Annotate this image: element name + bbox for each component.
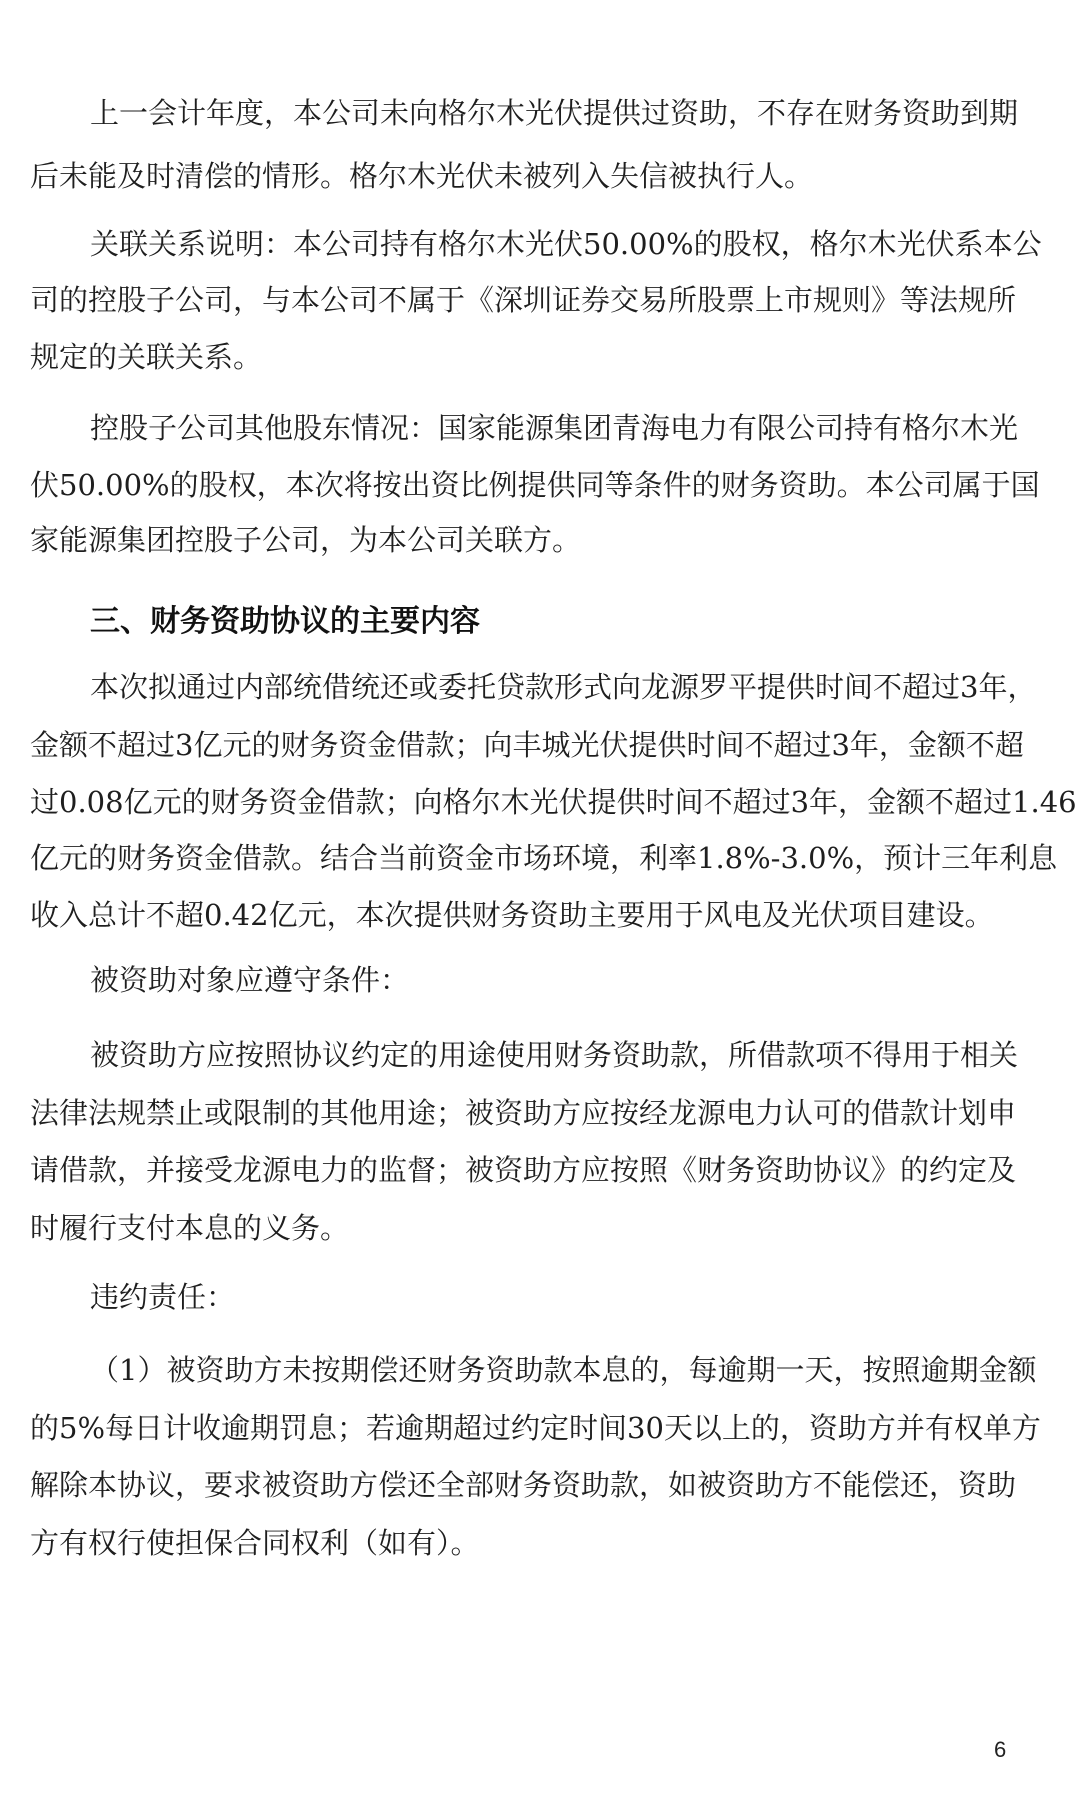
text-line: 本次拟通过内部统借统还或委托贷款形式向龙源罗平提供时间不超过3年，	[90, 669, 1010, 705]
text-line: 金额不超过3亿元的财务资金借款；向丰城光伏提供时间不超过3年，金额不超	[30, 727, 1010, 763]
text-line: 伏50.00%的股权，本次将按出资比例提供同等条件的财务资助。本公司属于国	[30, 467, 1010, 503]
text-line: 过0.08亿元的财务资金借款；向格尔木光伏提供时间不超过3年，金额不超过1.46	[30, 784, 1010, 820]
text-line: 请借款，并接受龙源电力的监督；被资助方应按照《财务资助协议》的约定及	[30, 1152, 1010, 1188]
text-line: 家能源集团控股子公司，为本公司关联方。	[30, 522, 1010, 558]
text-line: 被资助方应按照协议约定的用途使用财务资助款，所借款项不得用于相关	[90, 1037, 1010, 1073]
page-number: 6	[994, 1736, 1006, 1764]
text-line: 方有权行使担保合同权利（如有）。	[30, 1525, 1010, 1561]
text-line: 亿元的财务资金借款。结合当前资金市场环境，利率1.8%-3.0%，预计三年利息	[30, 840, 1010, 876]
text-line: 收入总计不超0.42亿元，本次提供财务资助主要用于风电及光伏项目建设。	[30, 897, 1010, 933]
text-line: 解除本协议，要求被资助方偿还全部财务资助款，如被资助方不能偿还，资助	[30, 1467, 1010, 1503]
section-heading: 三、财务资助协议的主要内容	[90, 604, 480, 640]
text-line: 时履行支付本息的义务。	[30, 1210, 1010, 1246]
text-line: 控股子公司其他股东情况：国家能源集团青海电力有限公司持有格尔木光	[90, 410, 1010, 446]
text-line: 的5%每日计收逾期罚息；若逾期超过约定时间30天以上的，资助方并有权单方	[30, 1410, 1010, 1446]
text-line: 司的控股子公司，与本公司不属于《深圳证券交易所股票上市规则》等法规所	[30, 282, 1010, 318]
text-line: 规定的关联关系。	[30, 339, 1010, 375]
text-line: 上一会计年度，本公司未向格尔木光伏提供过资助，不存在财务资助到期	[90, 95, 1010, 131]
text-line: 关联关系说明：本公司持有格尔木光伏50.00%的股权，格尔木光伏系本公	[90, 226, 1010, 262]
text-line: （1）被资助方未按期偿还财务资助款本息的，每逾期一天，按照逾期金额	[90, 1352, 1010, 1388]
document-page: 上一会计年度，本公司未向格尔木光伏提供过资助，不存在财务资助到期 后未能及时清偿…	[0, 0, 1080, 1799]
text-line: 法律法规禁止或限制的其他用途；被资助方应按经龙源电力认可的借款计划申	[30, 1095, 1010, 1131]
text-line: 被资助对象应遵守条件：	[90, 962, 1010, 998]
text-line: 后未能及时清偿的情形。格尔木光伏未被列入失信被执行人。	[30, 158, 1010, 194]
text-line: 违约责任：	[90, 1279, 1010, 1315]
